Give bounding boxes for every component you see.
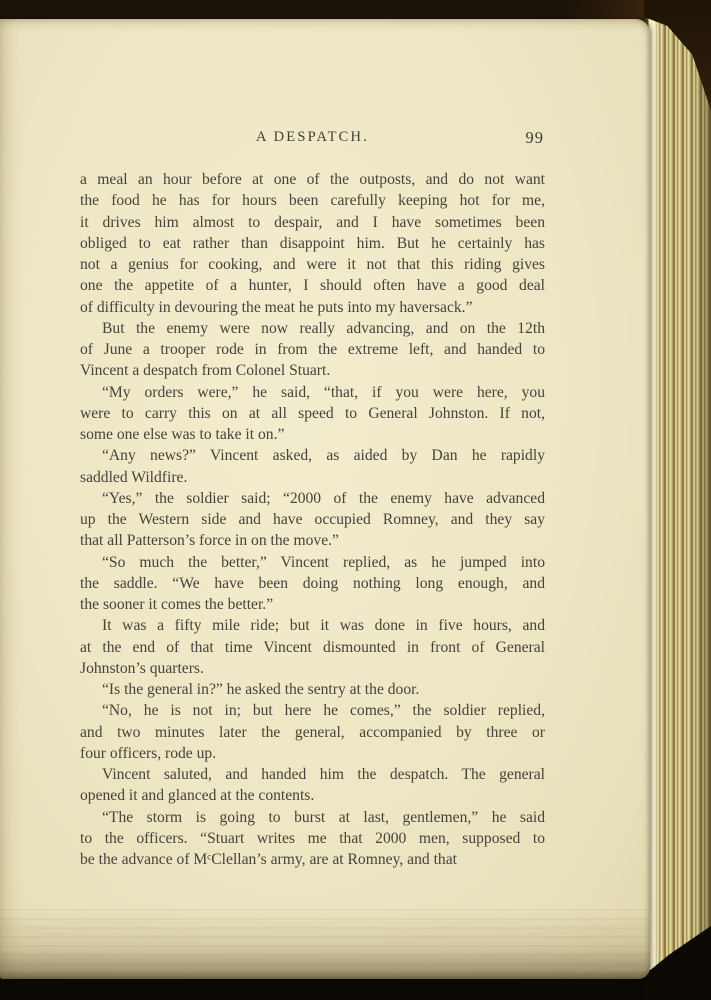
text-line: it drives him almost to despair, and I h…	[80, 212, 545, 233]
body-text: a meal an hour before at one of the outp…	[80, 169, 545, 870]
running-head: A DESPATCH. 99	[80, 129, 545, 150]
text-line: the sooner it comes the better.”	[80, 594, 545, 615]
running-head-title: A DESPATCH.	[80, 129, 545, 146]
text-line: four officers, rode up.	[80, 743, 545, 764]
text-line: the food he has for hours been carefully…	[80, 190, 545, 211]
text-line: “Is the general in?” he asked the sentry…	[80, 679, 545, 700]
text-line: Vincent a despatch from Colonel Stuart.	[80, 360, 545, 381]
text-line: and two minutes later the general, accom…	[80, 722, 545, 743]
text-line: “Yes,” the soldier said; “2000 of the en…	[80, 488, 545, 509]
book-page: A DESPATCH. 99 a meal an hour before at …	[0, 19, 650, 979]
text-line: up the Western side and have occupied Ro…	[80, 509, 545, 530]
text-line: “Any news?” Vincent asked, as aided by D…	[80, 445, 545, 466]
text-line: “My orders were,” he said, “that, if you…	[80, 382, 545, 403]
text-line: to the officers. “Stuart writes me that …	[80, 828, 545, 849]
text-line: obliged to eat rather than disappoint hi…	[80, 233, 545, 254]
text-line: It was a fifty mile ride; but it was don…	[80, 615, 545, 636]
page-number: 99	[526, 128, 545, 148]
text-line: a meal an hour before at one of the outp…	[80, 169, 545, 190]
text-line: opened it and glanced at the contents.	[80, 785, 545, 806]
text-line: not a genius for cooking, and were it no…	[80, 254, 545, 275]
text-line: But the enemy were now really advancing,…	[80, 318, 545, 339]
text-line: at the end of that time Vincent dismount…	[80, 637, 545, 658]
fore-edge-pages	[646, 0, 711, 970]
text-line: of difficulty in devouring the meat he p…	[80, 297, 545, 318]
text-line: “No, he is not in; but here he comes,” t…	[80, 700, 545, 721]
page-content: A DESPATCH. 99 a meal an hour before at …	[80, 129, 545, 870]
text-line: were to carry this on at all speed to Ge…	[80, 403, 545, 424]
book-photo: A DESPATCH. 99 a meal an hour before at …	[0, 0, 711, 1000]
text-line: some one else was to take it on.”	[80, 424, 545, 445]
text-line: Johnston’s quarters.	[80, 658, 545, 679]
text-line: Vincent saluted, and handed him the desp…	[80, 764, 545, 785]
text-line: “So much the better,” Vincent replied, a…	[80, 552, 545, 573]
text-line: be the advance of MᶜClellan’s army, are …	[80, 849, 545, 870]
text-line: saddled Wildfire.	[80, 467, 545, 488]
text-line: one the appetite of a hunter, I should o…	[80, 275, 545, 296]
text-line: that all Patterson’s force in on the mov…	[80, 530, 545, 551]
text-line: “The storm is going to burst at last, ge…	[80, 807, 545, 828]
text-line: the saddle. “We have been doing nothing …	[80, 573, 545, 594]
text-line: of June a trooper rode in from the extre…	[80, 339, 545, 360]
